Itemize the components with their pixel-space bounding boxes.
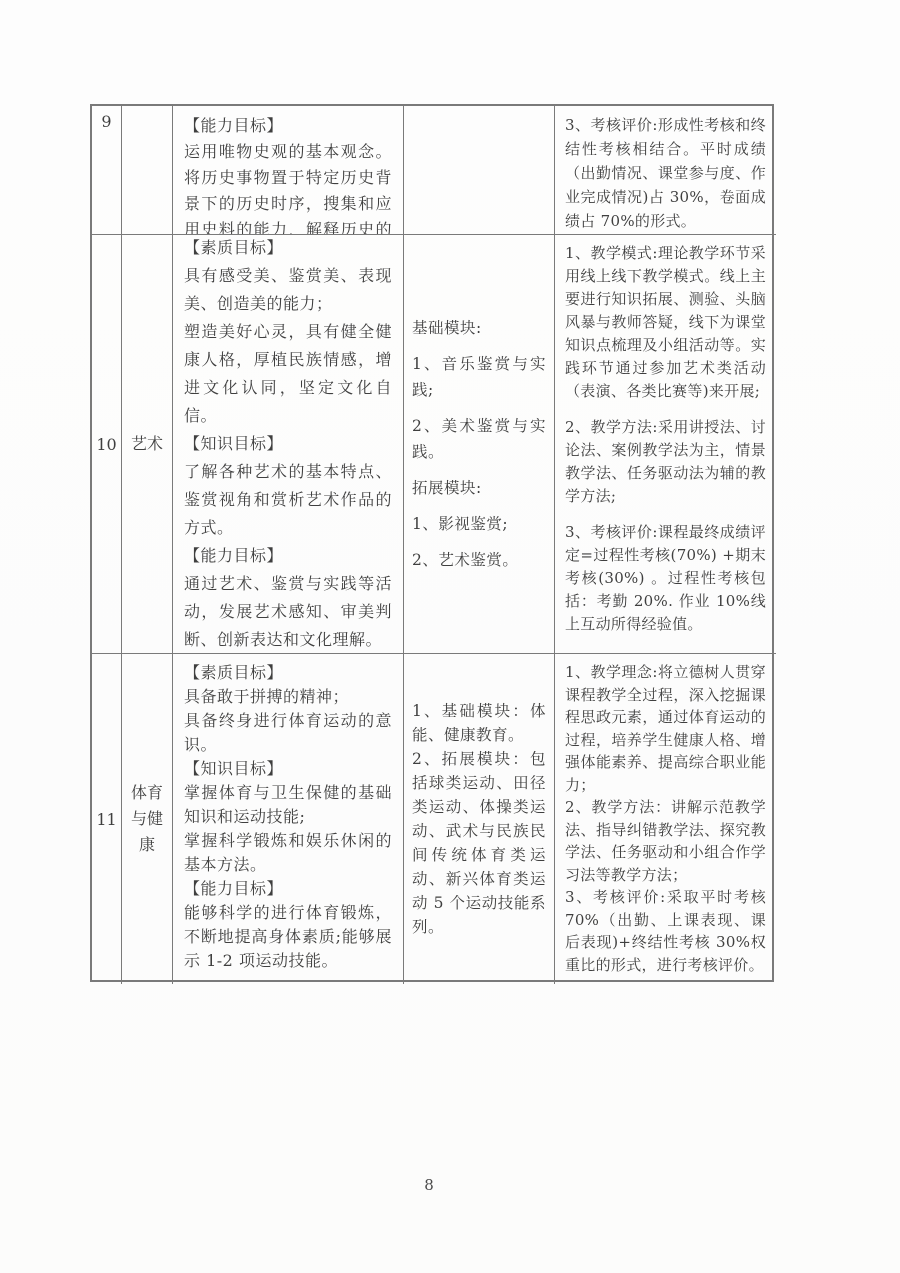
row10-goals-cell: 【素质目标】 具有感受美、鉴赏美、表现美、创造美的能力； 塑造美好心灵，具有健全… xyxy=(173,235,404,654)
row10-teaching-cell: 1、教学模式:理论教学环节采用线上线下教学模式。线上主要进行知识拓展、测验、头脑… xyxy=(555,235,776,654)
goal-text: 能够科学的进行体育锻炼，不断地提高身体素质;能够展示 1-2 项运动技能。 xyxy=(184,901,392,973)
course-name: 体育与健康 xyxy=(124,780,170,858)
row11-number-cell: 11 xyxy=(92,654,122,984)
goal-text: 运用唯物史观的基本观念。将历史事物置于特定历史背景下的历史时序，搜集和应用史料的… xyxy=(184,139,392,235)
row10-modules-cell: 基础模块: 1、音乐鉴赏与实践; 2、美术鉴赏与实践。 拓展模块: 1、影视鉴赏… xyxy=(404,235,555,654)
goal-text: 塑造美好心灵，具有健全健康人格，厚植民族情感，增进文化认同，坚定文化自信。 xyxy=(184,318,392,430)
teaching-item: 3、考核评价:采取平时考核 70%（出勤、上课表现、课后表现)+终结性考核 30… xyxy=(565,886,766,976)
row11-course-cell: 体育与健康 xyxy=(122,654,173,984)
page-number: 8 xyxy=(0,1176,858,1194)
teaching-item: 2、教学方法：讲解示范教学法、指导纠错教学法、探究教学法、任务驱动和小组合作学习… xyxy=(565,796,766,886)
row10-number-cell: 10 xyxy=(92,235,122,654)
module-heading: 基础模块: xyxy=(412,315,546,341)
row11-modules-cell: 1、基础模块：体能、健康教育。 2、拓展模块：包括球类运动、田径类运动、体操类运… xyxy=(404,654,555,984)
row11-goals-cell: 【素质目标】 具备敢于拼搏的精神； 具备终身进行体育运动的意识。 【知识目标】 … xyxy=(173,654,404,984)
goal-text: 具有感受美、鉴赏美、表现美、创造美的能力； xyxy=(184,262,392,318)
curriculum-table: 9 【能力目标】 运用唯物史观的基本观念。将历史事物置于特定历史背景下的历史时序… xyxy=(90,104,774,982)
teaching-item: 3、考核评价:课程最终成绩评定=过程性考核(70%) +期末考核(30%) 。过… xyxy=(565,521,766,636)
goal-text: 具备终身进行体育运动的意识。 xyxy=(184,709,392,757)
goal-heading: 【知识目标】 xyxy=(184,757,392,781)
goal-heading: 【素质目标】 xyxy=(184,661,392,685)
module-item: 2、拓展模块：包括球类运动、田径类运动、体操类运动、武术与民族民间传统体育类运动… xyxy=(412,747,546,939)
teaching-item: 1、教学模式:理论教学环节采用线上线下教学模式。线上主要进行知识拓展、测验、头脑… xyxy=(565,242,766,403)
row10-course-cell: 艺术 xyxy=(122,235,173,654)
row-number: 11 xyxy=(96,810,116,829)
goal-heading: 【能力目标】 xyxy=(184,877,392,901)
goal-text: 通过艺术、鉴赏与实践等活动，发展艺术感知、审美判断、创新表达和文化理解。 xyxy=(184,570,392,654)
goal-text: 掌握科学锻炼和娱乐休闲的基本方法。 xyxy=(184,829,392,877)
teaching-item: 1、教学理念:将立德树人贯穿课程教学全过程，深入挖掘课程思政元素，通过体育运动的… xyxy=(565,661,766,796)
row9-course-cell xyxy=(122,106,173,235)
row11-teaching-cell: 1、教学理念:将立德树人贯穿课程教学全过程，深入挖掘课程思政元素，通过体育运动的… xyxy=(555,654,776,984)
goal-heading: 【能力目标】 xyxy=(184,542,392,570)
module-item: 2、艺术鉴赏。 xyxy=(412,547,546,573)
goal-text: 了解各种艺术的基本特点、鉴赏视角和赏析艺术作品的方式。 xyxy=(184,458,392,542)
row9-teaching-cell: 3、考核评价:形成性考核和终结性考核相结合。平时成绩（出勤情况、课堂参与度、作业… xyxy=(555,106,776,235)
goal-text: 掌握体育与卫生保健的基础知识和运动技能; xyxy=(184,781,392,829)
goal-text: 具备敢于拼搏的精神； xyxy=(184,685,392,709)
goal-heading: 【能力目标】 xyxy=(184,113,392,139)
goal-heading: 【素质目标】 xyxy=(184,235,392,262)
document-page: 9 【能力目标】 运用唯物史观的基本观念。将历史事物置于特定历史背景下的历史时序… xyxy=(0,0,900,1273)
teaching-item: 3、考核评价:形成性考核和终结性考核相结合。平时成绩（出勤情况、课堂参与度、作业… xyxy=(565,113,766,233)
module-heading: 拓展模块: xyxy=(412,475,546,501)
row9-modules-cell xyxy=(404,106,555,235)
course-name: 艺术 xyxy=(131,431,163,457)
teaching-item: 2、教学方法:采用讲授法、讨论法、案例教学法为主，情景教学法、任务驱动法为辅的教… xyxy=(565,416,766,508)
row-number: 10 xyxy=(96,435,116,454)
row9-goals-cell: 【能力目标】 运用唯物史观的基本观念。将历史事物置于特定历史背景下的历史时序，搜… xyxy=(173,106,404,235)
row-number: 9 xyxy=(101,112,111,131)
module-item: 2、美术鉴赏与实践。 xyxy=(412,413,546,465)
module-item: 1、基础模块：体能、健康教育。 xyxy=(412,699,546,747)
goal-heading: 【知识目标】 xyxy=(184,430,392,458)
module-item: 1、音乐鉴赏与实践; xyxy=(412,351,546,403)
row9-number-cell: 9 xyxy=(92,106,122,235)
module-item: 1、影视鉴赏; xyxy=(412,511,546,537)
